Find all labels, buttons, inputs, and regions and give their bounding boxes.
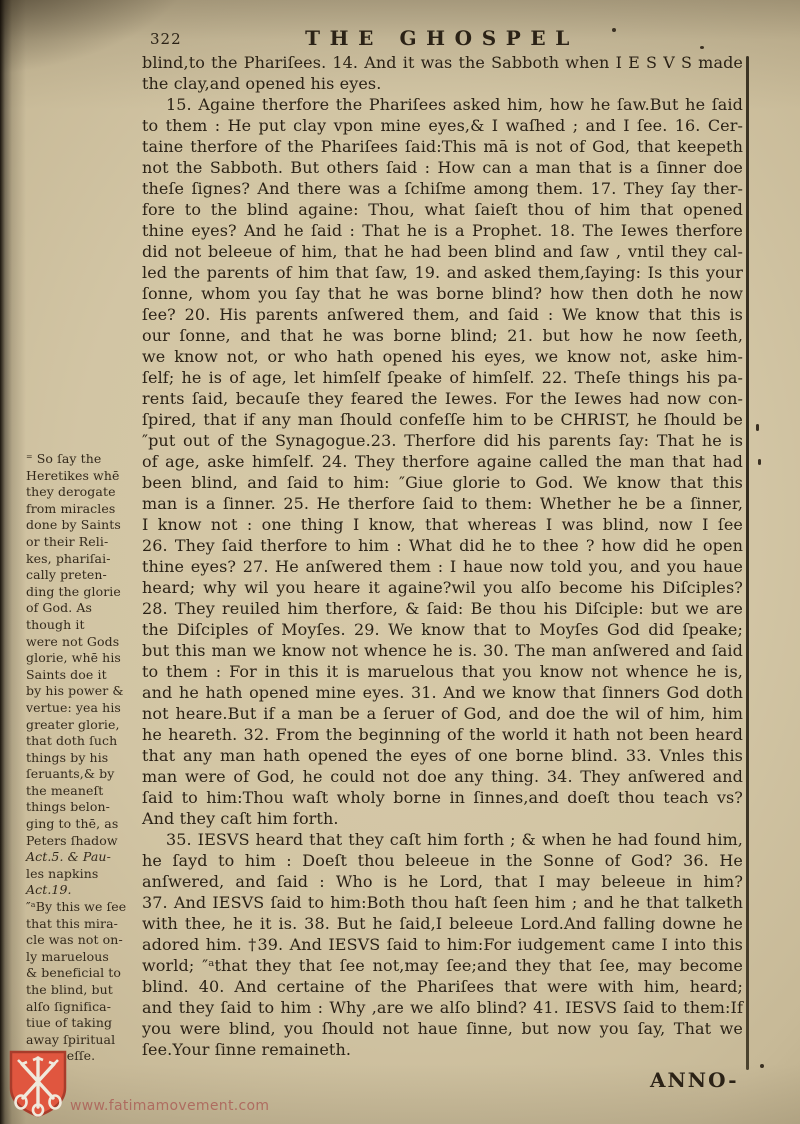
page-header: 322 The Ghospel [142,26,742,52]
catchword: ANNO- [650,1068,760,1092]
margin-note-line: glorie, whē his [26,650,138,667]
margin-note-line: the blind, but [26,982,138,999]
body-line: ″put out of the Synagogue.23. Therfore d… [142,430,743,451]
margin-note-line: ly maruelous [26,949,138,966]
margin-note-line: done by Saints [26,517,138,534]
body-line: but this man we know not whence he is. 3… [142,640,743,661]
margin-note-line: ⁼ So ſay the [26,451,138,468]
margin-note-line: vertue: yea his [26,700,138,717]
margin-note-line: Act.19. [26,882,138,899]
body-line: 35. IESVS heard that they caſt him forth… [142,829,743,850]
body-line: and they ſaid to him : Why ,are we alſo … [142,997,743,1018]
margin-note-line: les napkins [26,866,138,883]
body-line: you were blind, you ſhould not haue ſinn… [142,1018,743,1039]
body-line: man is a ſinner. 25. He therfore ſaid to… [142,493,743,514]
margin-note-line: though it [26,617,138,634]
ink-speck [612,28,616,32]
margin-note-line: Heretikes whē [26,468,138,485]
body-line: I know not : one thing I know, that wher… [142,514,743,535]
margin-note-line: kes, phariſai- [26,551,138,568]
ink-speck [758,459,761,465]
body-line: adored him. †39. And IESVS ſaid to him:F… [142,934,743,955]
margin-note-line: that this mira- [26,916,138,933]
body-line: to them : For in this it is maruelous th… [142,661,743,682]
margin-note-line: alſo ſignifica- [26,999,138,1016]
body-line: 37. And IESVS ſaid to him:Both thou haſt… [142,892,743,913]
body-line: heard; why wil you heare it againe?wil y… [142,577,743,598]
margin-note-line: things belon- [26,799,138,816]
body-line: the clay,and opened his eyes. [142,73,743,94]
body-line: ſee.Your ſinne remaineth. [142,1039,743,1060]
margin-note-line: cle was not on- [26,932,138,949]
body-line: And they caſt him forth. [142,808,743,829]
body-line: ſaid to him:Thou waſt wholy borne in ſin… [142,787,743,808]
margin-note-line: greater glorie, [26,717,138,734]
margin-note-line: of God. As [26,600,138,617]
body-line: of age, aske himſelf. 24. They therfore … [142,451,743,472]
body-line: ſonne, whom you ſay that he was borne bl… [142,283,743,304]
body-line: anſwered, and ſaid : Who is he Lord, tha… [142,871,743,892]
margin-note-line: & beneficial to [26,965,138,982]
watermark-url: www.fatimamovement.com [70,1098,269,1114]
body-line: not heare.But if a man be a ſeruer of Go… [142,703,743,724]
running-header-title: The Ghospel [142,26,742,50]
body-line: thine eyes? 27. He anſwered them : I hau… [142,556,743,577]
margin-note-line: were not Gods [26,634,138,651]
margin-note-line: Saints doe it [26,667,138,684]
ink-speck [760,1064,764,1068]
margin-note-line: the meaneſt [26,783,138,800]
margin-note-line: Peters ſhadow [26,833,138,850]
body-line: taine therfore of the Phariſees ſaid:Thi… [142,136,743,157]
margin-note-line: ″ᵃBy this we ſee [26,899,138,916]
margin-note-line: from miracles [26,501,138,518]
body-line: 15. Againe therfore the Phariſees asked … [142,94,743,115]
margin-note-line: cally preten- [26,567,138,584]
watermark-logo [9,1050,67,1118]
body-line: man were of God, he could not doe any th… [142,766,743,787]
body-line: did not beleeue of him, that he had been… [142,241,743,262]
margin-note-line: tiue of taking [26,1015,138,1032]
margin-note-line: ſeruants,& by [26,766,138,783]
body-line: 26. They ſaid therfore to him : What did… [142,535,743,556]
margin-note-line: or their Reli- [26,534,138,551]
body-line: with thee, he it is. 38. But he ſaid,I b… [142,913,743,934]
scanned-book-page: 322 The Ghospel blind,to the Phariſees. … [0,0,800,1124]
body-line: and he hath opened mine eyes. 31. And we… [142,682,743,703]
margin-note-line: things by his [26,750,138,767]
body-line: rents ſaid, becauſe they feared the Iewe… [142,388,743,409]
page-edge-rule [746,56,749,1070]
body-line: ſelf; he is of age, let himſelf ſpeake o… [142,367,743,388]
body-line: ſpired, that if any man ſhould confeſſe … [142,409,743,430]
body-line: not the Sabboth. But others ſaid : How c… [142,157,743,178]
body-line: led the parents of him that ſaw, 19. and… [142,262,743,283]
body-line: ſee? 20. His parents anſwered them, and … [142,304,743,325]
body-line: he ſayd to him : Doeſt thou beleeue in t… [142,850,743,871]
body-line: blind. 40. And certaine of the Phariſees… [142,976,743,997]
crossed-keys-shield-icon [9,1050,67,1118]
margin-note-line: away ſpiritual [26,1032,138,1049]
body-line: 28. They reuiled him therfore, & ſaid: B… [142,598,743,619]
ink-speck [756,424,759,431]
body-line: he heareth. 32. From the beginning of th… [142,724,743,745]
margin-note-line: Act.5. & Pau- [26,849,138,866]
ink-speck [700,46,704,49]
body-text-column: blind,to the Phariſees. 14. And it was t… [142,52,743,1060]
body-line: blind,to the Phariſees. 14. And it was t… [142,52,743,73]
body-line: world; ″ᵃthat they that ſee not,may ſee;… [142,955,743,976]
body-line: we know not, or who hath opened his eyes… [142,346,743,367]
margin-note-line: ding the glorie [26,584,138,601]
body-line: that any man hath opened the eyes of one… [142,745,743,766]
margin-annotations: ⁼ So ſay theHeretikes whēthey derogatefr… [26,451,138,1065]
margin-note-line: that doth ſuch [26,733,138,750]
body-line: thine eyes? And he ſaid : That he is a P… [142,220,743,241]
margin-note-line: ging to thē, as [26,816,138,833]
margin-note-line: they derogate [26,484,138,501]
body-line: to them : He put clay vpon mine eyes,& I… [142,115,743,136]
body-line: our ſonne, and that he was borne blind; … [142,325,743,346]
body-line: theſe ſignes? And there was a ſchiſme am… [142,178,743,199]
body-line: fore to the blind againe: Thou, what ſai… [142,199,743,220]
body-line: been blind, and ſaid to him: ″Giue glori… [142,472,743,493]
margin-note-line: by his power & [26,683,138,700]
body-line: the Diſciples of Moyſes. 29. We know tha… [142,619,743,640]
